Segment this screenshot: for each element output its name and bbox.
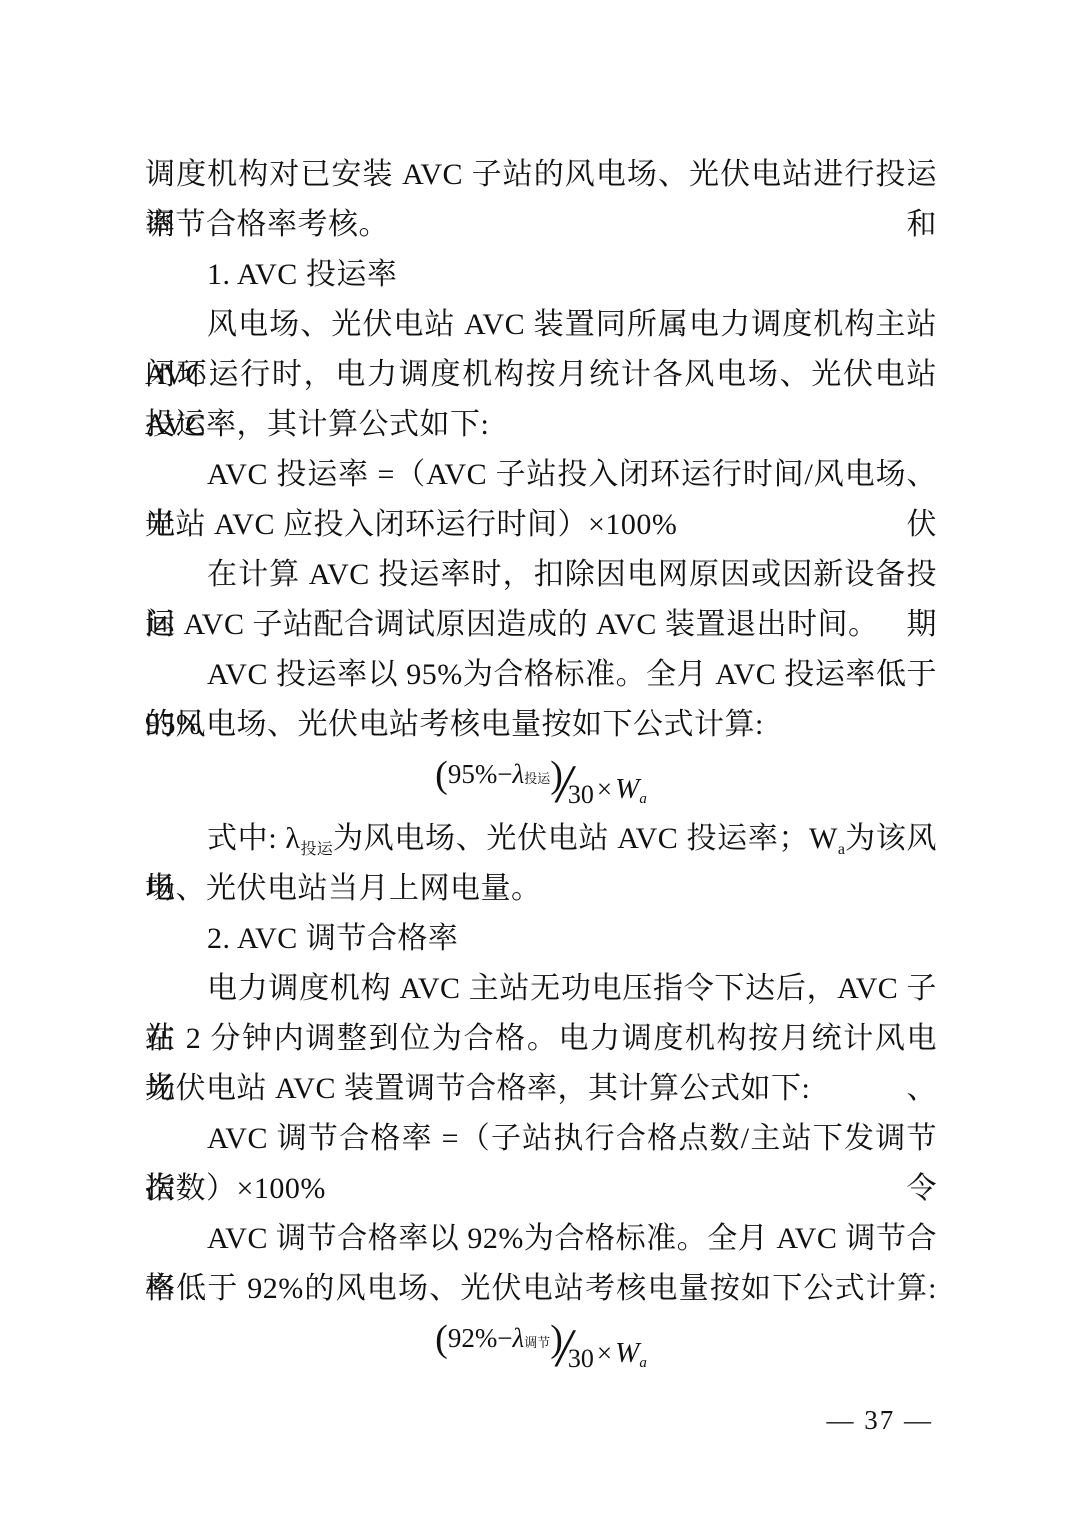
formula-times-operator: ×: [597, 774, 612, 805]
text-line: 场、光伏电站当月上网电量。: [145, 864, 937, 914]
text-line: 闭环运行时，电力调度机构按月统计各风电场、光伏电站 AVC: [145, 350, 937, 400]
text-segment: 为风电场、光伏电站 AVC 投运率；W: [333, 822, 838, 855]
subscript-text: a: [838, 841, 845, 858]
formula-numerator-text: 92%−: [448, 1323, 513, 1354]
text-line: 的风电场、光伏电站考核电量按如下公式计算:: [145, 700, 937, 750]
text-line: 调度机构对已安装 AVC 子站的风电场、光伏电站进行投运率和: [145, 150, 937, 200]
text-line: AVC 调节合格率 =（子站执行合格点数/主站下发调节指令: [145, 1114, 937, 1164]
text-segment: 投运率，其计算公式如下:: [145, 408, 489, 441]
formula-paren-open-icon: (: [435, 756, 448, 794]
text-segment: 调节合格率考核。: [145, 208, 389, 241]
text-line: 1. AVC 投运率: [145, 250, 937, 300]
text-line: 2. AVC 调节合格率: [145, 914, 937, 964]
formula-variable: W: [615, 1337, 639, 1370]
text-segment: 率低于 92%的风电场、光伏电站考核电量按如下公式计算:: [145, 1272, 937, 1305]
formula-variable: W: [615, 773, 639, 806]
text-line: 在 2 分钟内调整到位为合格。电力调度机构按月统计风电场、: [145, 1014, 937, 1064]
formula-lambda: λ: [513, 1323, 525, 1354]
text-segment: 2. AVC 调节合格率: [207, 922, 458, 955]
text-line: 在计算 AVC 投运率时，扣除因电网原因或因新设备投运期: [145, 550, 937, 600]
formula-times-operator: ×: [597, 1338, 612, 1369]
text-line: 间 AVC 子站配合调试原因造成的 AVC 装置退出时间。: [145, 600, 937, 650]
text-line: AVC 投运率以 95%为合格标准。全月 AVC 投运率低于 95%: [145, 650, 937, 700]
text-line: 电力调度机构 AVC 主站无功电压指令下达后，AVC 子站: [145, 964, 937, 1014]
text-line: 率低于 92%的风电场、光伏电站考核电量按如下公式计算:: [145, 1264, 937, 1314]
text-segment: 的风电场、光伏电站考核电量按如下公式计算:: [145, 708, 764, 741]
text-segment: 间 AVC 子站配合调试原因造成的 AVC 装置退出时间。: [145, 608, 878, 641]
page-content: 调度机构对已安装 AVC 子站的风电场、光伏电站进行投运率和调节合格率考核。1.…: [145, 150, 937, 1440]
text-line: AVC 调节合格率以 92%为合格标准。全月 AVC 调节合格: [145, 1214, 937, 1264]
document-page: 调度机构对已安装 AVC 子站的风电场、光伏电站进行投运率和调节合格率考核。1.…: [0, 0, 1080, 1527]
formula-numerator: (92%−λ调节): [435, 1316, 563, 1354]
formula-paren-open-icon: (: [435, 1320, 448, 1358]
formula-lambda: λ: [513, 759, 525, 790]
formula-denominator: 30: [568, 1344, 594, 1374]
text-line: 风电场、光伏电站 AVC 装置同所属电力调度机构主站 AVC: [145, 300, 937, 350]
formula: (95%−λ投运)/30×Wa: [145, 750, 937, 814]
text-line: AVC 投运率 =（AVC 子站投入闭环运行时间/风电场、光伏: [145, 450, 937, 500]
formula-numerator-text: 95%−: [448, 759, 513, 790]
formula: (92%−λ调节)/30×Wa: [145, 1314, 937, 1378]
formula-numerator: (95%−λ投运): [435, 752, 563, 790]
text-segment: 场、光伏电站当月上网电量。: [145, 872, 542, 905]
text-segment: 次数）×100%: [145, 1172, 326, 1205]
document-lines: 调度机构对已安装 AVC 子站的风电场、光伏电站进行投运率和调节合格率考核。1.…: [145, 150, 937, 1378]
formula-variable-subscript: a: [639, 1355, 647, 1372]
text-line: 投运率，其计算公式如下:: [145, 400, 937, 450]
page-number: — 37 —: [145, 1400, 937, 1440]
formula-variable-subscript: a: [639, 791, 647, 808]
text-segment: 式中: λ: [207, 822, 300, 855]
text-segment: 电站 AVC 应投入闭环运行时间）×100%: [145, 508, 677, 541]
text-line: 式中: λ投运为风电场、光伏电站 AVC 投运率；Wa为该风电: [145, 814, 937, 864]
text-segment: 1. AVC 投运率: [207, 258, 397, 291]
formula-denominator: 30: [568, 780, 594, 810]
subscript-text: 投运: [300, 841, 333, 858]
text-segment: 光伏电站 AVC 装置调节合格率，其计算公式如下:: [145, 1072, 810, 1105]
